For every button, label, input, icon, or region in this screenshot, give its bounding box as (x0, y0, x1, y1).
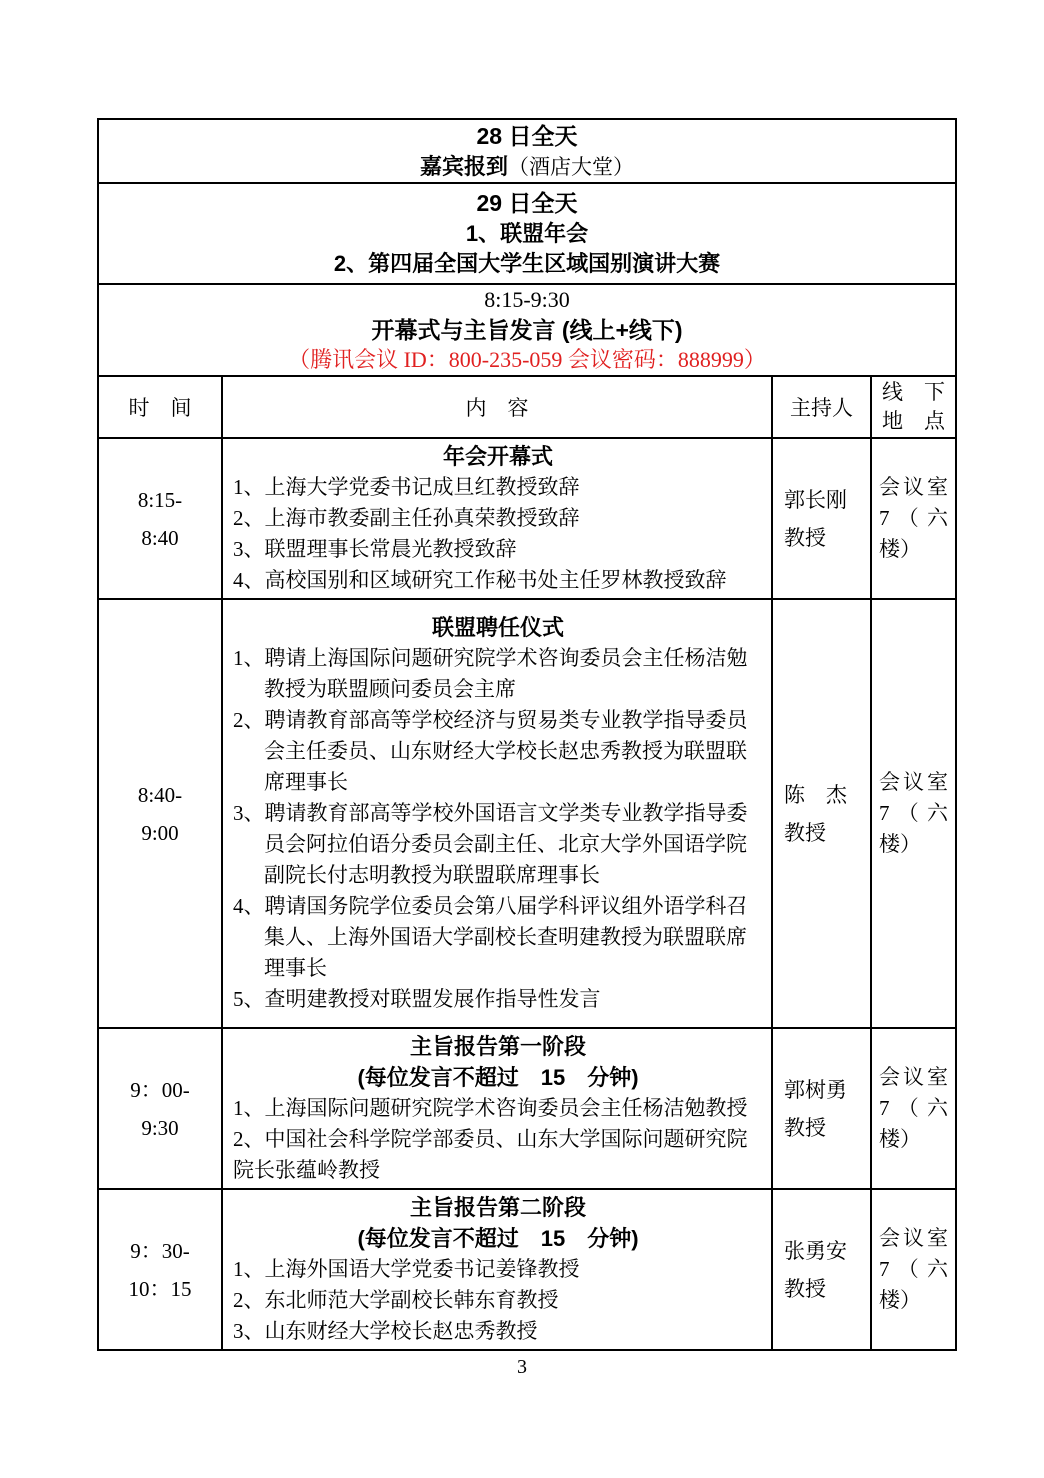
content-cell: 联盟聘任仪式 1、聘请上海国际问题研究院学术咨询委员会主任杨洁勉教授为联盟顾问委… (222, 599, 772, 1028)
agenda-item: 1、上海国际问题研究院学术咨询委员会主任杨洁勉教授 (233, 1093, 763, 1124)
host-title: 教授 (784, 519, 870, 557)
host-name: 郭树勇 (784, 1071, 870, 1109)
time-range-end: 9:00 (99, 814, 221, 852)
content-cell: 主旨报告第一阶段 (每位发言不超过 15 分钟) 1、上海国际问题研究院学术咨询… (222, 1028, 772, 1189)
section-opening: 8:15-9:30 开幕式与主旨发言 (线上+线下) （腾讯会议 ID：800-… (98, 284, 956, 376)
agenda-item: 3、聘请教育部高等学校外国语言文学类专业教学指导委员会阿拉伯语分委员会副主任、北… (233, 798, 763, 891)
time-range-start: 8:15- (99, 481, 221, 519)
time-cell: 9：00- 9:30 (98, 1028, 222, 1189)
agenda-item: 4、高校国别和区域研究工作秘书处主任罗林教授致辞 (233, 565, 763, 596)
host-cell: 陈 杰 教授 (772, 599, 871, 1028)
session-title: 主旨报告第二阶段 (233, 1192, 763, 1223)
session-title: 主旨报告第一阶段 (233, 1031, 763, 1062)
agenda-item: 3、山东财经大学校长赵忠秀教授 (233, 1316, 763, 1347)
host-name: 陈 杰 (784, 776, 870, 814)
session-subtitle: (每位发言不超过 15 分钟) (233, 1062, 763, 1093)
day28-event-name: 嘉宾报到 (420, 154, 508, 179)
agenda-item: 1、上海大学党委书记成旦红教授致辞 (233, 472, 763, 503)
header-content: 内 容 (222, 376, 772, 438)
agenda-item: 4、聘请国务院学位委员会第八届学科评议组外语学科召集人、上海外国语大学副校长查明… (233, 891, 763, 984)
row-keynote-stage1: 9：00- 9:30 主旨报告第一阶段 (每位发言不超过 15 分钟) 1、上海… (98, 1028, 956, 1189)
section-day28: 28 日全天 嘉宾报到（酒店大堂） (98, 119, 956, 183)
host-title: 教授 (784, 814, 870, 852)
agenda-item: 2、中国社会科学院学部委员、山东大学国际问题研究院院长张蕴岭教授 (233, 1124, 763, 1186)
header-host: 主持人 (772, 376, 871, 438)
time-range-start: 9：00- (99, 1071, 221, 1109)
day29-title: 29 日全天 (99, 188, 955, 219)
meeting-info: （腾讯会议 ID：800-235-059 会议密码：888999） (99, 345, 955, 375)
schedule-table: 28 日全天 嘉宾报到（酒店大堂） 29 日全天 1、联盟年会 2、第四届全国大… (97, 118, 957, 1351)
section-day29: 29 日全天 1、联盟年会 2、第四届全国大学生区域国别演讲大赛 (98, 183, 956, 284)
agenda-item: 1、上海外国语大学党委书记姜锋教授 (233, 1254, 763, 1285)
day28-event: 嘉宾报到（酒店大堂） (99, 152, 955, 182)
opening-time: 8:15-9:30 (99, 285, 955, 315)
location-cell: 会议室 7（六楼） (871, 599, 956, 1028)
agenda-item: 2、聘请教育部高等学校经济与贸易类专业教学指导委员会主任委员、山东财经大学校长赵… (233, 705, 763, 798)
row-annual-opening: 8:15- 8:40 年会开幕式 1、上海大学党委书记成旦红教授致辞 2、上海市… (98, 438, 956, 599)
row-keynote-stage2: 9：30- 10：15 主旨报告第二阶段 (每位发言不超过 15 分钟) 1、上… (98, 1189, 956, 1350)
content-cell: 年会开幕式 1、上海大学党委书记成旦红教授致辞 2、上海市教委副主任孙真荣教授致… (222, 438, 772, 599)
row-appointment-ceremony: 8:40- 9:00 联盟聘任仪式 1、聘请上海国际问题研究院学术咨询委员会主任… (98, 599, 956, 1028)
time-cell: 9：30- 10：15 (98, 1189, 222, 1350)
header-location-line1: 线 下 (872, 378, 955, 407)
location-cell: 会议室 7（六楼） (871, 1028, 956, 1189)
location-cell: 会议室 7（六楼） (871, 1189, 956, 1350)
agenda-item: 1、聘请上海国际问题研究院学术咨询委员会主任杨洁勉教授为联盟顾问委员会主席 (233, 643, 763, 705)
day29-item-2: 2、第四届全国大学生区域国别演讲大赛 (99, 249, 955, 279)
time-range-end: 10：15 (99, 1270, 221, 1308)
time-range-start: 8:40- (99, 776, 221, 814)
agenda-item: 3、联盟理事长常晨光教授致辞 (233, 534, 763, 565)
host-cell: 张勇安 教授 (772, 1189, 871, 1350)
host-cell: 郭长刚 教授 (772, 438, 871, 599)
day28-event-venue: （酒店大堂） (508, 155, 634, 179)
header-location: 线 下 地 点 (871, 376, 956, 438)
session-title: 年会开幕式 (233, 441, 763, 472)
document-page: 28 日全天 嘉宾报到（酒店大堂） 29 日全天 1、联盟年会 2、第四届全国大… (0, 0, 1044, 1478)
agenda-item: 2、上海市教委副主任孙真荣教授致辞 (233, 503, 763, 534)
location-cell: 会议室 7（六楼） (871, 438, 956, 599)
time-cell: 8:40- 9:00 (98, 599, 222, 1028)
day29-item-1: 1、联盟年会 (99, 219, 955, 249)
session-title: 联盟聘任仪式 (233, 612, 763, 643)
agenda-item: 2、东北师范大学副校长韩东育教授 (233, 1285, 763, 1316)
host-title: 教授 (784, 1270, 870, 1308)
day28-title: 28 日全天 (99, 121, 955, 152)
time-cell: 8:15- 8:40 (98, 438, 222, 599)
opening-title: 开幕式与主旨发言 (线上+线下) (99, 315, 955, 345)
time-range-end: 8:40 (99, 519, 221, 557)
table-header-row: 时 间 内 容 主持人 线 下 地 点 (98, 376, 956, 438)
host-cell: 郭树勇 教授 (772, 1028, 871, 1189)
header-time: 时 间 (98, 376, 222, 438)
host-name: 郭长刚 (784, 481, 870, 519)
session-subtitle: (每位发言不超过 15 分钟) (233, 1223, 763, 1254)
host-name: 张勇安 (784, 1232, 870, 1270)
header-location-line2: 地 点 (872, 407, 955, 436)
time-range-end: 9:30 (99, 1109, 221, 1147)
host-title: 教授 (784, 1109, 870, 1147)
agenda-item: 5、查明建教授对联盟发展作指导性发言 (233, 984, 763, 1015)
page-number: 3 (0, 1356, 1044, 1379)
content-cell: 主旨报告第二阶段 (每位发言不超过 15 分钟) 1、上海外国语大学党委书记姜锋… (222, 1189, 772, 1350)
time-range-start: 9：30- (99, 1232, 221, 1270)
